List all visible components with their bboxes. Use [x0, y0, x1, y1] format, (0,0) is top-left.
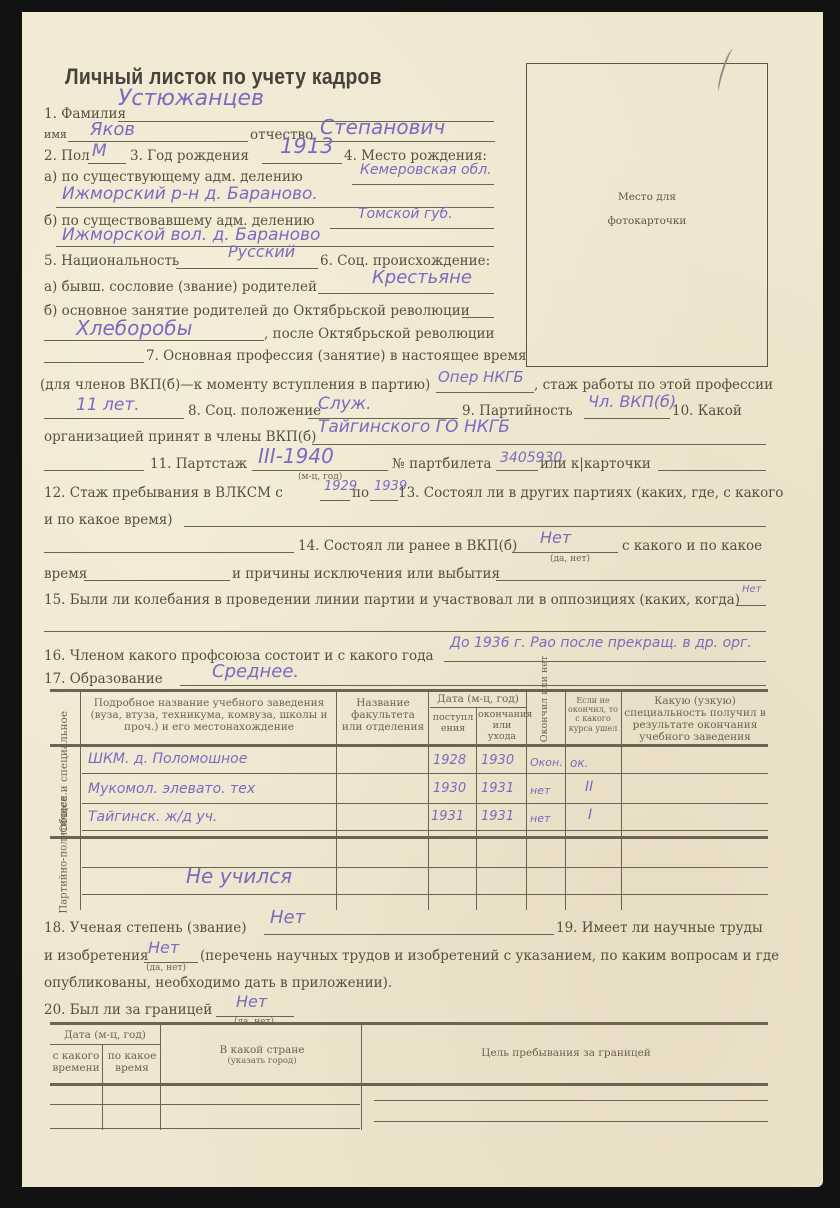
header-date-start: поступления: [430, 713, 476, 735]
party-tenure-value: III-1940: [258, 446, 334, 466]
date-group-underline: [430, 707, 526, 708]
abroad-purpose-line-1: [374, 1100, 768, 1101]
birthplace-current-value-2: Ижморский р-н д. Бараново.: [62, 186, 318, 203]
nationality-label: 5. Национальность: [44, 255, 179, 269]
col-divider-course: [621, 692, 622, 910]
previous-membership-label: 14. Состоял ли ранее в ВКП(б): [298, 540, 517, 554]
abroad-col-divider-3: [361, 1025, 362, 1130]
surname-value: Устюжанцев: [118, 88, 264, 110]
party-card-label: № партбилета: [392, 458, 491, 472]
patronymic-value: Степанович: [320, 117, 445, 137]
table-top-border: [50, 689, 768, 692]
gender-line: [88, 163, 126, 164]
patronymic-line: [315, 141, 495, 142]
previous-membership-period-label: с какого и по какое: [622, 540, 762, 554]
nationality-line: [176, 268, 318, 269]
inventions-instructions-2: опубликованы, необходимо дать в приложен…: [44, 977, 392, 991]
previous-membership-line: [512, 552, 618, 553]
party-tenure-prefix-line: [44, 470, 144, 471]
col-divider-dates-end: [526, 692, 527, 910]
education-value: Среднее.: [212, 663, 299, 681]
first-name-label: имя: [44, 129, 67, 140]
social-status-value: Служ.: [318, 396, 372, 413]
row3-start: 1931: [431, 810, 464, 823]
header-specialty: Какую (узкую) специальность получил в ре…: [624, 695, 766, 743]
abroad-table-top-border: [50, 1022, 768, 1025]
gender-value: М: [92, 143, 107, 160]
row1-start: 1928: [433, 754, 466, 767]
birthplace-current-value-1: Кемеровская обл.: [360, 163, 492, 177]
inventions-label: и изобретения: [44, 950, 149, 964]
abroad-label: 20. Был ли за границей: [44, 1004, 212, 1018]
party-tenure-line: [252, 470, 388, 471]
birth-year-label: 3. Год рождения: [130, 150, 249, 164]
parents-estate-label: а) бывш. сословие (звание) родителей: [44, 281, 317, 295]
other-parties-line-2: [44, 552, 294, 553]
header-finished: Окончил или нет: [540, 692, 550, 742]
admitting-organization-line: [312, 444, 766, 445]
row1-course: ок.: [570, 757, 588, 769]
admitting-organization-label-2: организацией принят в члены ВКП(б): [44, 431, 316, 445]
admitting-organization-value: Тайгинского ГО НКГБ: [318, 419, 510, 436]
profession-sub-label: (для членов ВКП(б)—к моменту вступления …: [40, 379, 430, 393]
abroad-header-country-hint: (указать город): [164, 1057, 360, 1067]
parents-occupation-line-1: [462, 317, 494, 318]
row2-start: 1930: [433, 782, 466, 795]
profession-line: [436, 392, 534, 393]
education-label: 17. Образование: [44, 673, 163, 687]
row1-finished: Окон.: [530, 757, 563, 768]
party-card-alt-label: или к|карточки: [540, 458, 651, 472]
parents-estate-value: Крестьяне: [372, 269, 472, 287]
row2-end: 1931: [481, 782, 514, 795]
parents-occupation-after-line: [44, 362, 144, 363]
abroad-row-line-2: [50, 1128, 360, 1129]
trade-union-value: До 1936 г. Рао после прекращ. в др. орг.: [450, 636, 752, 650]
birth-year-line: [262, 163, 342, 164]
abroad-header-date: Дата (м-ц, год): [50, 1029, 160, 1041]
row-line-3: [82, 830, 768, 831]
profession-tenure-line: [44, 418, 184, 419]
row3-course: I: [588, 808, 592, 822]
header-faculty: Название факультета или отделения: [340, 697, 426, 733]
abroad-date-underline: [50, 1044, 160, 1045]
previous-membership-hint: (да, нет): [550, 555, 590, 564]
row2-institution: Мукомол. элевато. тех: [88, 782, 255, 796]
table-header-bottom-border: [50, 744, 768, 747]
parents-estate-line: [318, 293, 494, 294]
academic-degree-value: Нет: [270, 909, 305, 927]
admitting-organization-label: 10. Какой: [672, 405, 742, 419]
exclusion-reason-label: и причины исключения или выбытия: [232, 568, 500, 582]
party-card-alt-line: [658, 470, 766, 471]
row-line-2: [82, 803, 768, 804]
other-parties-label-2: и по какое время): [44, 514, 173, 528]
party-membership-line: [584, 418, 670, 419]
abroad-header-country: В какой стране: [164, 1044, 360, 1056]
abroad-table-header-border: [50, 1083, 768, 1086]
opposition-label: 15. Были ли колебания в проведении линии…: [44, 594, 740, 608]
komsomol-to-label: по: [352, 487, 369, 501]
opposition-line-2: [44, 631, 766, 632]
parents-occupation-after-label: , после Октябрьской революции: [264, 328, 495, 342]
opposition-value: Нет: [742, 585, 762, 595]
photo-label-line1: Место для: [527, 191, 767, 203]
opposition-line-1: [736, 605, 766, 606]
social-status-label: 8. Соц. положение: [188, 405, 321, 419]
row-line-1: [82, 773, 768, 774]
birth-year-value: 1913: [280, 136, 333, 157]
parents-occupation-before-value: Хлеборобы: [76, 318, 192, 338]
section-party-label: Партийно-политическ.: [59, 834, 70, 914]
table-section-divider: [50, 836, 768, 839]
previous-membership-value: Нет: [540, 530, 571, 546]
scientific-works-label: 19. Имеет ли научные труды: [556, 922, 763, 936]
photo-label-line2: фотокарточки: [527, 215, 767, 227]
other-parties-line-1: [184, 526, 766, 527]
profession-tenure-label: , стаж работы по этой профессии: [534, 379, 773, 393]
inventions-instructions: (перечень научных трудов и изобретений с…: [200, 950, 779, 964]
party-education-note: Не учился: [186, 866, 292, 886]
trade-union-line: [444, 661, 766, 662]
header-course: Если не окончил, то с какого курса ушел: [566, 696, 620, 733]
party-membership-value: Чл. ВКП(б): [588, 394, 676, 410]
birthplace-former-line-1: [330, 228, 494, 229]
profession-tenure-value: 11 лет.: [76, 397, 140, 414]
parents-occupation-line-2: [44, 340, 264, 341]
academic-degree-label: 18. Ученая степень (звание): [44, 922, 246, 936]
party-card-line: [496, 470, 538, 471]
other-parties-label: 13. Состоял ли в других партиях (каких, …: [398, 487, 783, 501]
academic-degree-line: [264, 934, 554, 935]
col-divider-institution: [336, 692, 337, 910]
row3-institution: Тайгинск. ж/д уч.: [88, 810, 217, 824]
education-line: [180, 685, 766, 686]
abroad-value: Нет: [236, 994, 267, 1010]
row-line-5: [82, 894, 768, 895]
row1-end: 1930: [481, 754, 514, 767]
komsomol-from-line: [320, 500, 350, 501]
inventions-value: Нет: [148, 940, 179, 956]
abroad-row-line-1: [50, 1104, 360, 1105]
row3-finished: нет: [530, 813, 550, 824]
photo-placeholder-box: Место для фотокарточки: [526, 63, 768, 367]
nationality-value: Русский: [228, 244, 295, 260]
col-divider-section: [80, 692, 81, 910]
abroad-header-purpose: Цель пребывания за границей: [364, 1047, 768, 1059]
birthplace-former-value-1: Томской губ.: [358, 207, 453, 221]
row-line-4: [82, 867, 768, 868]
first-name-value: Яков: [90, 121, 135, 139]
abroad-purpose-line-2: [374, 1121, 768, 1122]
party-tenure-label: 11. Партстаж: [150, 458, 247, 472]
row1-institution: ШКМ. д. Поломошное: [88, 752, 247, 766]
komsomol-to-line: [370, 500, 398, 501]
row2-finished: нет: [530, 785, 550, 796]
inventions-hint: (да, нет): [146, 964, 186, 973]
birthplace-current-line-1: [352, 184, 494, 185]
previous-membership-time-label: время: [44, 568, 87, 582]
col-divider-date: [476, 708, 477, 910]
header-institution: Подробное название учебного заведения (в…: [84, 697, 334, 733]
profession-label: 7. Основная профессия (занятие) в настоя…: [146, 350, 527, 364]
row2-course: II: [585, 780, 593, 794]
exclusion-reason-line: [496, 580, 766, 581]
abroad-header-to: по какое время: [104, 1050, 160, 1074]
profession-value: Опер НКГБ: [438, 370, 524, 385]
birthplace-current-label: а) по существующему адм. делению: [44, 171, 303, 185]
komsomol-tenure-label: 12. Стаж пребывания в ВЛКСМ с: [44, 487, 283, 501]
abroad-header-from: с какого времени: [50, 1050, 102, 1074]
gender-label: 2. Пол: [44, 150, 90, 164]
previous-membership-time-line: [84, 580, 230, 581]
header-date-group: Дата (м-ц, год): [430, 693, 526, 705]
abroad-col-divider-2: [160, 1025, 161, 1130]
row3-end: 1931: [481, 810, 514, 823]
col-divider-faculty: [428, 692, 429, 910]
abroad-col-divider-1: [102, 1045, 103, 1130]
header-date-end: окончания или ухода: [478, 710, 526, 743]
